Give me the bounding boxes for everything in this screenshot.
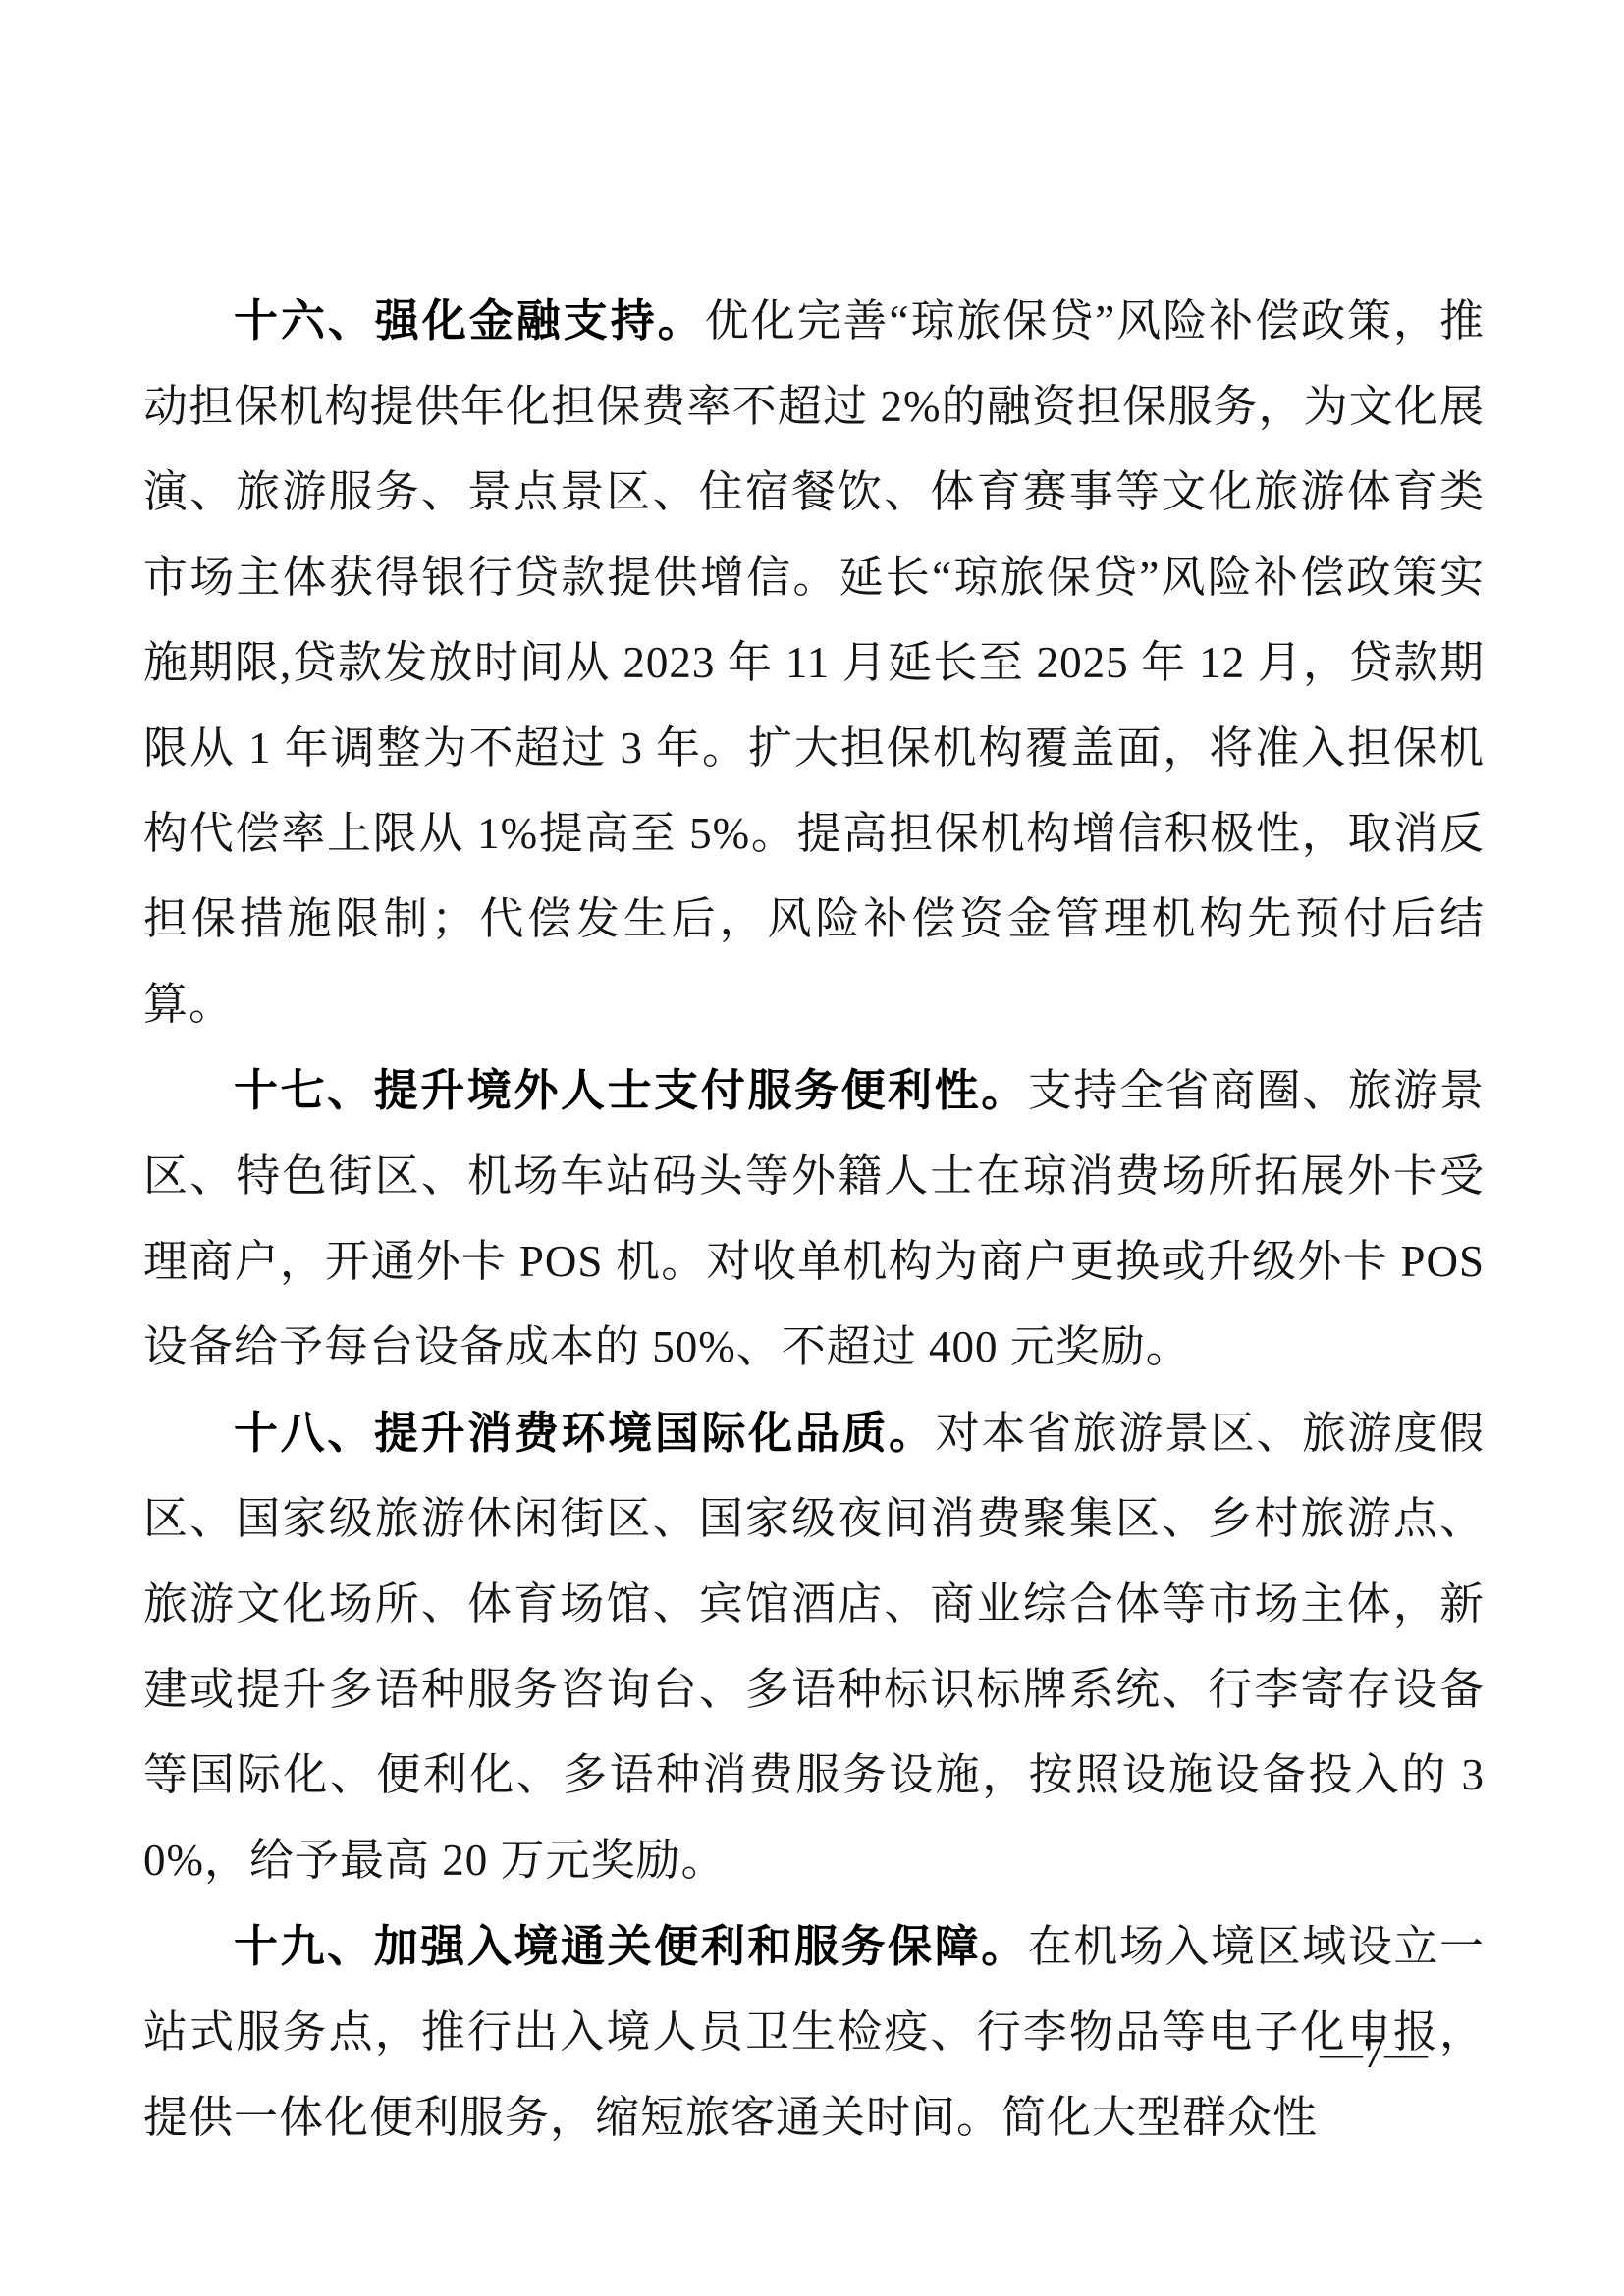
document-page: 十六、强化金融支持。优化完善“琼旅保贷”风险补偿政策，推动担保机构提供年化担保费… bbox=[0, 0, 1624, 2296]
paragraph-text: 优化完善“琼旅保贷”风险补偿政策，推动担保机构提供年化担保费率不超过 2%的融资… bbox=[143, 296, 1485, 1029]
paragraph-item-17: 十七、提升境外人士支付服务便利性。支持全省商圈、旅游景区、特色街区、机场车站码头… bbox=[143, 1047, 1485, 1390]
paragraph-heading: 十七、提升境外人士支付服务便利性。 bbox=[234, 1065, 1028, 1115]
page-number: —7— bbox=[1320, 2024, 1428, 2083]
document-body: 十六、强化金融支持。优化完善“琼旅保贷”风险补偿政策，推动担保机构提供年化担保费… bbox=[143, 278, 1485, 2161]
paragraph-text: 对本省旅游景区、旅游度假区、国家级旅游休闲街区、国家级夜间消费聚集区、乡村旅游点… bbox=[143, 1409, 1485, 1885]
paragraph-item-16: 十六、强化金融支持。优化完善“琼旅保贷”风险补偿政策，推动担保机构提供年化担保费… bbox=[143, 278, 1485, 1047]
paragraph-heading: 十八、提升消费环境国际化品质。 bbox=[234, 1408, 936, 1458]
paragraph-item-18: 十八、提升消费环境国际化品质。对本省旅游景区、旅游度假区、国家级旅游休闲街区、国… bbox=[143, 1390, 1485, 1903]
paragraph-item-19: 十九、加强入境通关便利和服务保障。在机场入境区域设立一站式服务点，推行出入境人员… bbox=[143, 1903, 1485, 2161]
paragraph-heading: 十六、强化金融支持。 bbox=[234, 295, 705, 346]
paragraph-heading: 十九、加强入境通关便利和服务保障。 bbox=[234, 1921, 1028, 1971]
